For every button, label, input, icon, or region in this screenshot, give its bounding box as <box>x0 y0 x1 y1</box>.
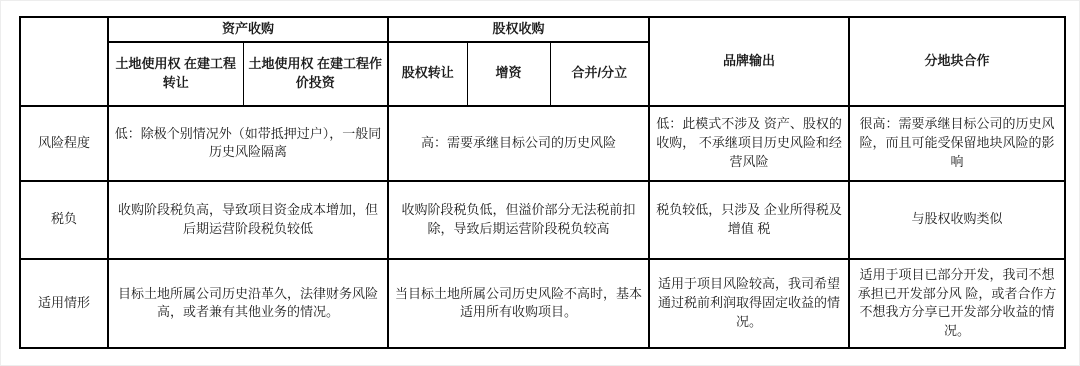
cell-tax-asset: 收购阶段税负高，导致项目资金成本增加，但后期运营阶段税负较低 <box>108 181 388 259</box>
header-parcel-cooperation: 分地块合作 <box>849 17 1065 106</box>
cell-risk-brand: 低：此模式不涉及 资产、股权的收购， 不承继项目历史风险和经营风险 <box>649 106 849 181</box>
subheader-capital-increase: 增资 <box>467 42 550 106</box>
header-equity-acquisition: 股权收购 <box>388 17 649 42</box>
corner-cell <box>20 17 108 106</box>
cell-tax-equity: 收购阶段税负低，但溢价部分无法税前扣除，导致后期运营阶段税负较高 <box>388 181 649 259</box>
subheader-land-use-right-investment: 土地使用权 在建工程作价投资 <box>243 42 388 106</box>
cell-risk-asset: 低：除极个别情况外（如带抵押过户），一般同历史风险隔离 <box>108 106 388 181</box>
cell-tax-brand: 税负较低，只涉及 企业所得税及增值 税 <box>649 181 849 259</box>
subheader-equity-transfer: 股权转让 <box>388 42 467 106</box>
header-asset-acquisition: 资产收购 <box>108 17 388 42</box>
subheader-land-use-right-transfer: 土地使用权 在建工程转让 <box>108 42 243 106</box>
table-screenshot: 资产收购 股权收购 品牌输出 分地块合作 土地使用权 在建工程转让 土地使用权 … <box>0 0 1080 366</box>
subheader-merger-division: 合并/分立 <box>550 42 649 106</box>
cell-scenario-equity: 当目标土地所属公司历史风险不高时，基本适用所有收购项目。 <box>388 259 649 348</box>
cell-risk-parcel: 很高：需要承继目标公司的历史风 险，而且可能受保留地块风险的影响 <box>849 106 1065 181</box>
row-label-tax-burden: 税负 <box>20 181 108 259</box>
header-brand-output: 品牌输出 <box>649 17 849 106</box>
cell-scenario-asset: 目标土地所属公司历史沿革久，法律财务风险高，或者兼有其他业务的情况。 <box>108 259 388 348</box>
comparison-table: 资产收购 股权收购 品牌输出 分地块合作 土地使用权 在建工程转让 土地使用权 … <box>19 16 1066 349</box>
cell-scenario-parcel: 适用于项目已部分开发，我司不想承担已开发部分风 险，或者合作方不想我方分享已开发… <box>849 259 1065 348</box>
row-label-risk-level: 风险程度 <box>20 106 108 181</box>
cell-scenario-brand: 适用于项目风险较高，我司希望通过税前利润取得固定收益的情况。 <box>649 259 849 348</box>
cell-tax-parcel: 与股权收购类似 <box>849 181 1065 259</box>
row-label-applicable-scenarios: 适用情形 <box>20 259 108 348</box>
cell-risk-equity: 高：需要承继目标公司的历史风险 <box>388 106 649 181</box>
